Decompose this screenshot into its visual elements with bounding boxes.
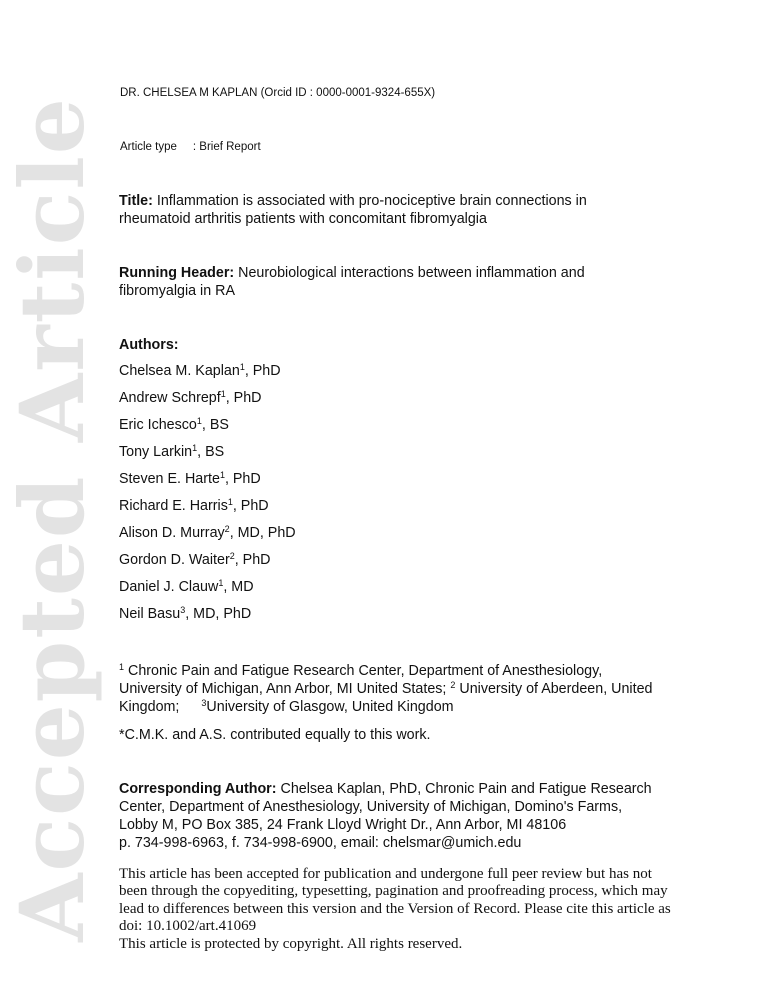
author-degree: , BS: [197, 444, 224, 460]
author-degree: , PhD: [225, 471, 261, 487]
author-degree: , PhD: [235, 552, 271, 568]
author-degree: , MD: [223, 579, 253, 595]
author-entry: Richard E. Harris1, PhD: [119, 498, 269, 514]
author-name: Andrew Schrepf: [119, 390, 221, 406]
author-entry: Eric Ichesco1, BS: [119, 417, 229, 433]
author-name: Richard E. Harris: [119, 498, 228, 514]
author-name: Chelsea M. Kaplan: [119, 363, 240, 379]
affiliation-line1: Chronic Pain and Fatigue Research Center…: [124, 663, 602, 679]
corresponding-line3: Lobby M, PO Box 385, 24 Frank Lloyd Wrig…: [119, 816, 652, 834]
title-text-line1: Inflammation is associated with pro-noci…: [153, 193, 587, 209]
corresponding-label: Corresponding Author:: [119, 781, 277, 797]
affiliation-line2b: University of Aberdeen, United: [455, 681, 652, 697]
author-degree: , PhD: [233, 498, 269, 514]
author-degree: , PhD: [226, 390, 262, 406]
author-name: Gordon D. Waiter: [119, 552, 230, 568]
equal-contribution-note: *C.M.K. and A.S. contributed equally to …: [119, 726, 431, 744]
doi-line: doi: 10.1002/art.41069: [119, 918, 679, 935]
author-orcid-line: DR. CHELSEA M KAPLAN (Orcid ID : 0000-00…: [120, 87, 435, 99]
corresponding-line2: Center, Department of Anesthesiology, Un…: [119, 798, 652, 816]
article-type: Article type: Brief Report: [120, 141, 261, 153]
notice-line1: This article has been accepted for publi…: [119, 866, 679, 883]
notice-line2: been through the copyediting, typesettin…: [119, 883, 679, 900]
author-name: Neil Basu: [119, 606, 180, 622]
running-header: Running Header: Neurobiological interact…: [119, 264, 585, 300]
running-header-label: Running Header:: [119, 265, 234, 281]
author-name: Daniel J. Clauw: [119, 579, 218, 595]
author-degree: , PhD: [245, 363, 281, 379]
author-entry: Daniel J. Clauw1, MD: [119, 579, 254, 595]
author-name: Eric Ichesco: [119, 417, 197, 433]
title-label: Title:: [119, 193, 153, 209]
article-type-value: : Brief Report: [193, 141, 261, 153]
affiliation-line2a: University of Michigan, Ann Arbor, MI Un…: [119, 681, 450, 697]
article-type-label: Article type: [120, 141, 177, 153]
running-header-line1: Neurobiological interactions between inf…: [234, 265, 584, 281]
running-header-line2: fibromyalgia in RA: [119, 282, 585, 300]
corresponding-author: Corresponding Author: Chelsea Kaplan, Ph…: [119, 780, 652, 852]
copyright-line: This article is protected by copyright. …: [119, 936, 679, 953]
author-entry: Neil Basu3, MD, PhD: [119, 606, 251, 622]
author-name: Steven E. Harte: [119, 471, 220, 487]
article-title: Title: Inflammation is associated with p…: [119, 192, 587, 228]
author-name: Tony Larkin: [119, 444, 192, 460]
author-entry: Alison D. Murray2, MD, PhD: [119, 525, 296, 541]
author-degree: , BS: [202, 417, 229, 433]
watermark-text: Accepted Article: [8, 96, 96, 941]
title-text-line2: rheumatoid arthritis patients with conco…: [119, 210, 587, 228]
notice-line3: lead to differences between this version…: [119, 901, 679, 918]
corresponding-line1: Chelsea Kaplan, PhD, Chronic Pain and Fa…: [277, 781, 652, 797]
authors-heading: Authors:: [119, 336, 179, 354]
author-name: Alison D. Murray: [119, 525, 225, 541]
author-entry: Gordon D. Waiter2, PhD: [119, 552, 270, 568]
author-entry: Andrew Schrepf1, PhD: [119, 390, 262, 406]
author-entry: Tony Larkin1, BS: [119, 444, 224, 460]
corresponding-line4: p. 734-998-6963, f. 734-998-6900, email:…: [119, 834, 652, 852]
author-degree: , MD, PhD: [230, 525, 296, 541]
acceptance-notice: This article has been accepted for publi…: [119, 866, 679, 953]
affiliations: 1 Chronic Pain and Fatigue Research Cent…: [119, 662, 652, 716]
affiliation-line3b: University of Glasgow, United Kingdom: [206, 699, 453, 715]
affiliation-line3a: Kingdom;: [119, 699, 179, 715]
authors-label: Authors:: [119, 337, 179, 353]
author-entry: Steven E. Harte1, PhD: [119, 471, 261, 487]
author-entry: Chelsea M. Kaplan1, PhD: [119, 363, 281, 379]
author-degree: , MD, PhD: [185, 606, 251, 622]
